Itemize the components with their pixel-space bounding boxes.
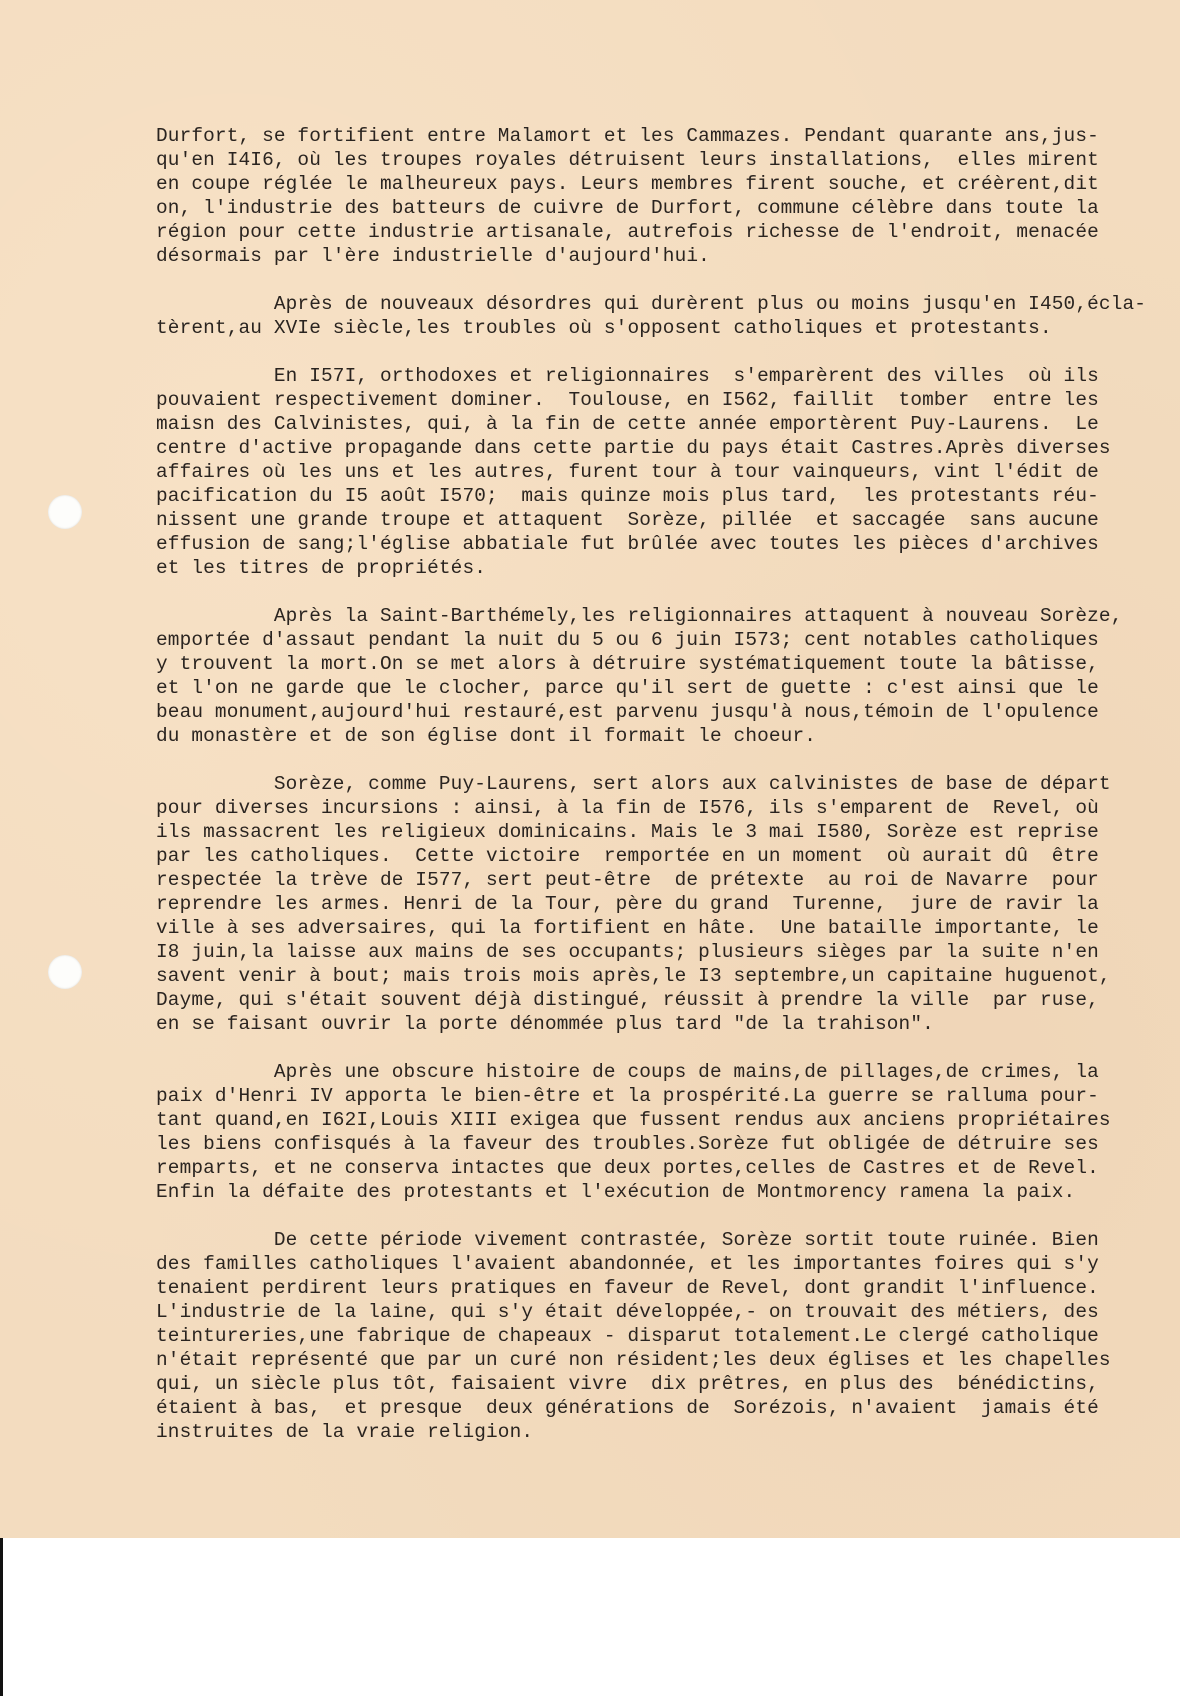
text-line: respectée la trève de I577, sert peut-êt…	[156, 868, 1081, 892]
text-line: et les titres de propriétés.	[156, 556, 1081, 580]
text-line: paix d'Henri IV apporta le bien-être et …	[156, 1084, 1081, 1108]
text-line: effusion de sang;l'église abbatiale fut …	[156, 532, 1081, 556]
paragraph: Après la Saint-Barthémely,les religionna…	[156, 604, 1081, 748]
typewritten-text: Durfort, se fortifient entre Malamort et…	[156, 124, 1081, 1468]
text-line: tant quand,en I62I,Louis XIII exigea que…	[156, 1108, 1081, 1132]
text-line: En I57I, orthodoxes et religionnaires s'…	[156, 364, 1081, 388]
text-line: en se faisant ouvrir la porte dénommée p…	[156, 1012, 1081, 1036]
text-line: en coupe réglée le malheureux pays. Leur…	[156, 172, 1081, 196]
text-line: beau monument,aujourd'hui restauré,est p…	[156, 700, 1081, 724]
scan-edge-shadow	[0, 1538, 3, 1696]
text-line: pouvaient respectivement dominer. Toulou…	[156, 388, 1081, 412]
text-line: étaient à bas, et presque deux génératio…	[156, 1396, 1081, 1420]
scanned-page: Durfort, se fortifient entre Malamort et…	[0, 0, 1180, 1538]
text-line: savent venir à bout; mais trois mois apr…	[156, 964, 1081, 988]
punch-hole	[48, 495, 82, 529]
text-line: ils massacrent les religieux dominicains…	[156, 820, 1081, 844]
paragraph: Sorèze, comme Puy-Laurens, sert alors au…	[156, 772, 1081, 1036]
text-line: tèrent,au XVIe siècle,les troubles où s'…	[156, 316, 1081, 340]
text-line: pour diverses incursions : ainsi, à la f…	[156, 796, 1081, 820]
text-line: nissent une grande troupe et attaquent S…	[156, 508, 1081, 532]
text-line: teintureries,une fabrique de chapeaux - …	[156, 1324, 1081, 1348]
text-line: I8 juin,la laisse aux mains de ses occup…	[156, 940, 1081, 964]
text-line: on, l'industrie des batteurs de cuivre d…	[156, 196, 1081, 220]
punch-hole	[48, 955, 82, 989]
text-line: Après de nouveaux désordres qui durèrent…	[156, 292, 1081, 316]
text-line: Après une obscure histoire de coups de m…	[156, 1060, 1081, 1084]
text-line: qui, un siècle plus tôt, faisaient vivre…	[156, 1372, 1081, 1396]
text-line: reprendre les armes. Henri de la Tour, p…	[156, 892, 1081, 916]
text-line: Sorèze, comme Puy-Laurens, sert alors au…	[156, 772, 1081, 796]
text-line: y trouvent la mort.On se met alors à dét…	[156, 652, 1081, 676]
text-line: instruites de la vraie religion.	[156, 1420, 1081, 1444]
text-line: Enfin la défaite des protestants et l'ex…	[156, 1180, 1081, 1204]
text-line: Durfort, se fortifient entre Malamort et…	[156, 124, 1081, 148]
text-line: n'était représenté que par un curé non r…	[156, 1348, 1081, 1372]
text-line: Dayme, qui s'était souvent déjà distingu…	[156, 988, 1081, 1012]
text-line: maisn des Calvinistes, qui, à la fin de …	[156, 412, 1081, 436]
text-line: pacification du I5 août I570; mais quinz…	[156, 484, 1081, 508]
text-line: du monastère et de son église dont il fo…	[156, 724, 1081, 748]
text-line: Après la Saint-Barthémely,les religionna…	[156, 604, 1081, 628]
text-line: qu'en I4I6, où les troupes royales détru…	[156, 148, 1081, 172]
text-line: De cette période vivement contrastée, So…	[156, 1228, 1081, 1252]
paragraph: Durfort, se fortifient entre Malamort et…	[156, 124, 1081, 268]
text-line: par les catholiques. Cette victoire remp…	[156, 844, 1081, 868]
text-line: centre d'active propagande dans cette pa…	[156, 436, 1081, 460]
paragraph: Après une obscure histoire de coups de m…	[156, 1060, 1081, 1204]
text-line: L'industrie de la laine, qui s'y était d…	[156, 1300, 1081, 1324]
paragraph: Après de nouveaux désordres qui durèrent…	[156, 292, 1081, 340]
paragraph: En I57I, orthodoxes et religionnaires s'…	[156, 364, 1081, 580]
paragraph: De cette période vivement contrastée, So…	[156, 1228, 1081, 1444]
text-line: tenaient perdirent leurs pratiques en fa…	[156, 1276, 1081, 1300]
text-line: les biens confisqués à la faveur des tro…	[156, 1132, 1081, 1156]
text-line: des familles catholiques l'avaient aband…	[156, 1252, 1081, 1276]
text-line: remparts, et ne conserva intactes que de…	[156, 1156, 1081, 1180]
text-line: emportée d'assaut pendant la nuit du 5 o…	[156, 628, 1081, 652]
text-line: et l'on ne garde que le clocher, parce q…	[156, 676, 1081, 700]
text-line: région pour cette industrie artisanale, …	[156, 220, 1081, 244]
text-line: affaires où les uns et les autres, furen…	[156, 460, 1081, 484]
text-line: désormais par l'ère industrielle d'aujou…	[156, 244, 1081, 268]
text-line: ville à ses adversaires, qui la fortifie…	[156, 916, 1081, 940]
